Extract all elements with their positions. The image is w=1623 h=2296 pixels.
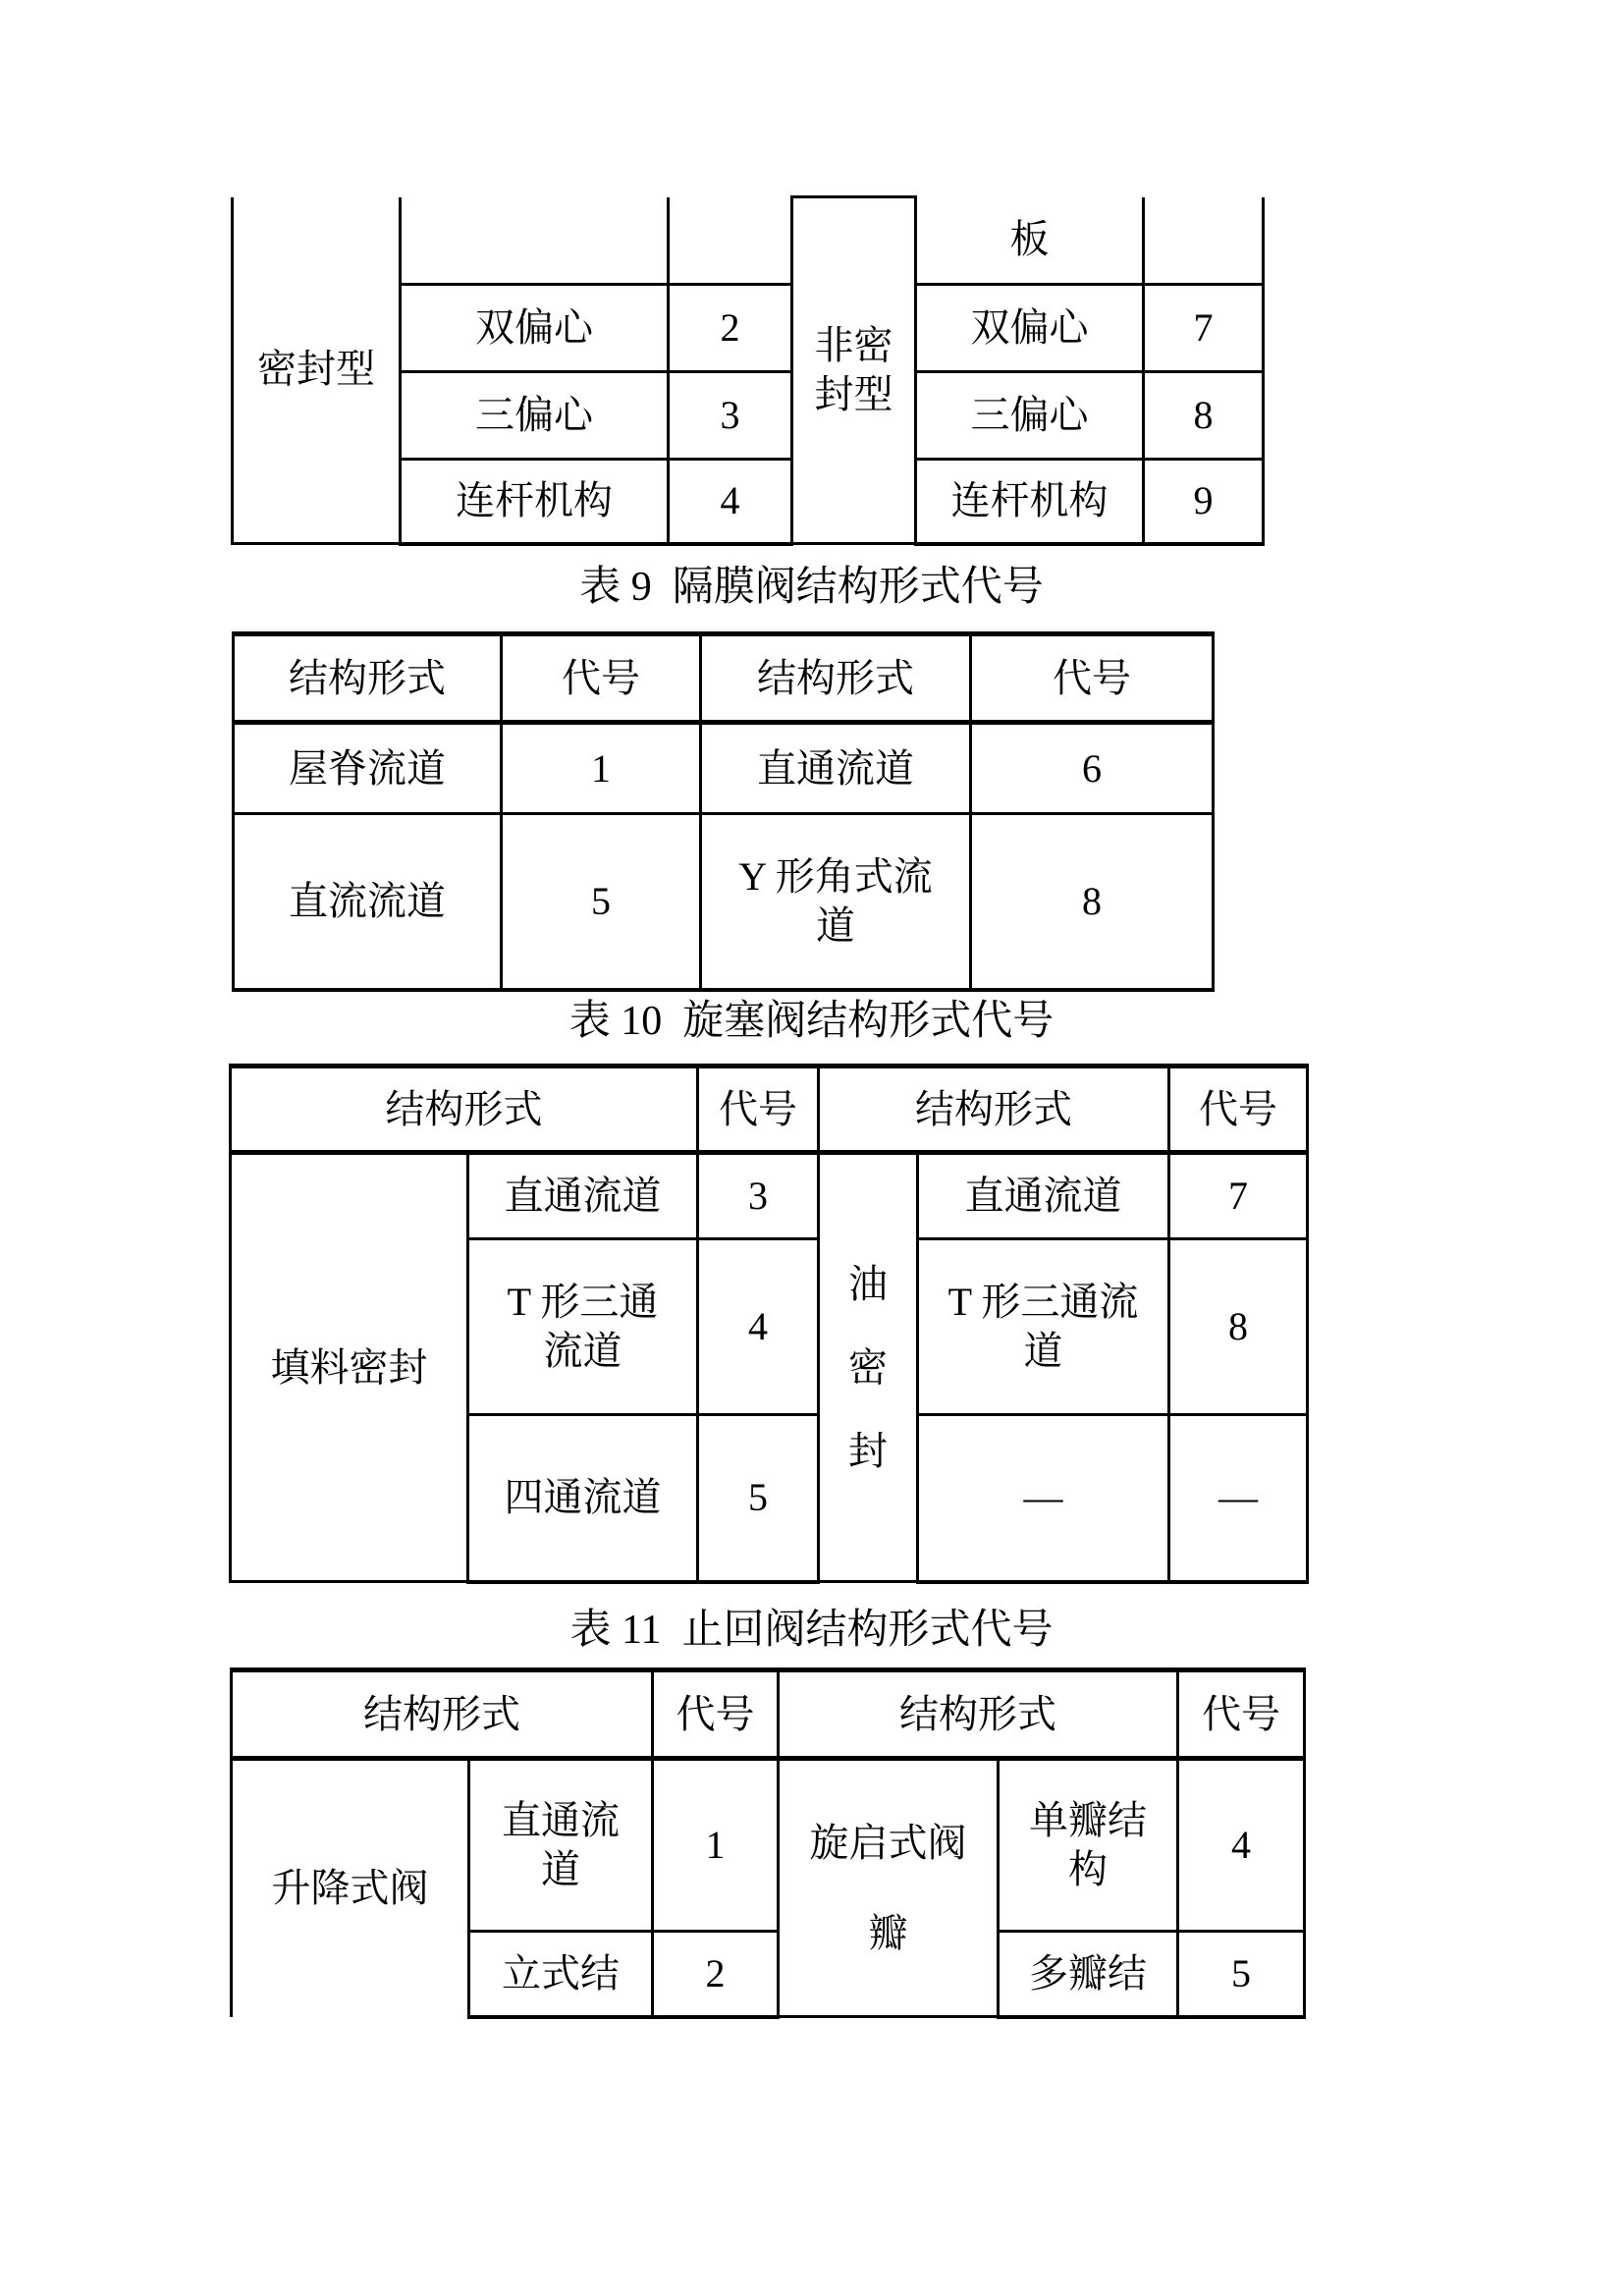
lift-valve-group-cell: 升降式阀	[232, 1759, 469, 2017]
structure-name-cell: 立式结	[469, 1932, 653, 2017]
column-header: 代号	[1169, 1066, 1308, 1153]
structure-name-cell: —	[918, 1415, 1169, 1582]
structure-name-cell: 单瓣结 构	[999, 1759, 1178, 1932]
oil-seal-group-cell: 油 密 封	[819, 1153, 918, 1582]
table-row: 屋脊流道 1 直通流道 6	[234, 723, 1214, 814]
continued-structure-code-table: 密封型 非密 封型 板 双偏心 2 双偏心 7 三偏心 3 三偏心 8 连杆机构	[231, 195, 1265, 546]
table11-check-valve-codes: 结构形式 代号 结构形式 代号 升降式阀 直通流 道 1 旋启式阀 瓣 单瓣结 …	[230, 1667, 1306, 2019]
seal-type-group-cell: 密封型	[233, 197, 401, 544]
oil-seal-group-label: 油 密 封	[820, 1242, 916, 1493]
table9-caption: 表 9 隔膜阀结构形式代号	[0, 557, 1623, 618]
table-header-row: 结构形式 代号 结构形式 代号	[232, 1670, 1305, 1759]
structure-name-cell: 双偏心	[916, 285, 1144, 372]
empty-cell	[669, 197, 792, 285]
structure-name-cell: 三偏心	[401, 372, 669, 460]
code-cell: 5	[502, 814, 701, 990]
column-header: 结构形式	[234, 634, 502, 723]
nonseal-type-group-cell: 非密 封型	[792, 197, 916, 544]
table-row: 填料密封 直通流道 3 油 密 封 直通流道 7	[231, 1153, 1308, 1239]
table10-plug-valve-codes: 结构形式 代号 结构形式 代号 填料密封 直通流道 3 油 密 封 直通流道 7…	[229, 1064, 1309, 1584]
document-page: 密封型 非密 封型 板 双偏心 2 双偏心 7 三偏心 3 三偏心 8 连杆机构	[0, 0, 1623, 2296]
structure-name-cell: 直流流道	[234, 814, 502, 990]
code-cell: 1	[653, 1759, 779, 1932]
column-header: 结构形式	[232, 1670, 653, 1759]
code-cell: 3	[698, 1153, 819, 1239]
code-cell: —	[1169, 1415, 1308, 1582]
code-cell: 8	[1169, 1239, 1308, 1415]
code-cell: 3	[669, 372, 792, 460]
code-cell: 1	[502, 723, 701, 814]
column-header: 代号	[698, 1066, 819, 1153]
structure-name-cell: Y 形角式流 道	[701, 814, 971, 990]
packing-seal-group-cell: 填料密封	[231, 1153, 468, 1582]
structure-name-cell: 连杆机构	[916, 460, 1144, 544]
code-cell: 4	[1178, 1759, 1305, 1932]
code-cell: 6	[971, 723, 1214, 814]
table-header-row: 结构形式 代号 结构形式 代号	[234, 634, 1214, 723]
table9-diaphragm-valve-codes: 结构形式 代号 结构形式 代号 屋脊流道 1 直通流道 6 直流流道 5 Y 形…	[232, 631, 1215, 992]
column-header: 结构形式	[819, 1066, 1169, 1153]
structure-name-cell: 直通流道	[701, 723, 971, 814]
structure-name-cell: 屋脊流道	[234, 723, 502, 814]
code-cell: 4	[698, 1239, 819, 1415]
column-header: 代号	[653, 1670, 779, 1759]
structure-name-cell: 直通流道	[918, 1153, 1169, 1239]
table11-caption: 表 11 止回阀结构形式代号	[0, 1600, 1623, 1661]
table-row: 升降式阀 直通流 道 1 旋启式阀 瓣 单瓣结 构 4	[232, 1759, 1305, 1932]
structure-name-cell: 板	[916, 197, 1144, 285]
code-cell: 5	[698, 1415, 819, 1582]
code-cell: 7	[1144, 285, 1264, 372]
column-header: 结构形式	[231, 1066, 698, 1153]
structure-name-cell: 直通流 道	[469, 1759, 653, 1932]
code-cell: 8	[1144, 372, 1264, 460]
empty-cell	[1144, 197, 1264, 285]
code-cell: 2	[669, 285, 792, 372]
code-cell: 4	[669, 460, 792, 544]
swing-disc-group-cell: 旋启式阀 瓣	[779, 1759, 999, 2017]
structure-name-cell: 连杆机构	[401, 460, 669, 544]
code-cell: 5	[1178, 1932, 1305, 2017]
column-header: 代号	[971, 634, 1214, 723]
table10-caption: 表 10 旋塞阀结构形式代号	[0, 991, 1623, 1052]
column-header: 结构形式	[701, 634, 971, 723]
structure-name-cell: T 形三通 流道	[468, 1239, 698, 1415]
table-row: 密封型 非密 封型 板	[233, 197, 1264, 285]
code-cell: 9	[1144, 460, 1264, 544]
column-header: 代号	[502, 634, 701, 723]
column-header: 结构形式	[779, 1670, 1178, 1759]
structure-name-cell: 多瓣结	[999, 1932, 1178, 2017]
structure-name-cell: 四通流道	[468, 1415, 698, 1582]
column-header: 代号	[1178, 1670, 1305, 1759]
structure-name-cell: 三偏心	[916, 372, 1144, 460]
structure-name-cell: T 形三通流 道	[918, 1239, 1169, 1415]
structure-name-cell: 直通流道	[468, 1153, 698, 1239]
code-cell: 8	[971, 814, 1214, 990]
swing-disc-group-label: 旋启式阀 瓣	[780, 1798, 997, 1979]
structure-name-cell: 双偏心	[401, 285, 669, 372]
code-cell: 2	[653, 1932, 779, 2017]
code-cell: 7	[1169, 1153, 1308, 1239]
empty-cell	[401, 197, 669, 285]
table-header-row: 结构形式 代号 结构形式 代号	[231, 1066, 1308, 1153]
table-row: 直流流道 5 Y 形角式流 道 8	[234, 814, 1214, 990]
